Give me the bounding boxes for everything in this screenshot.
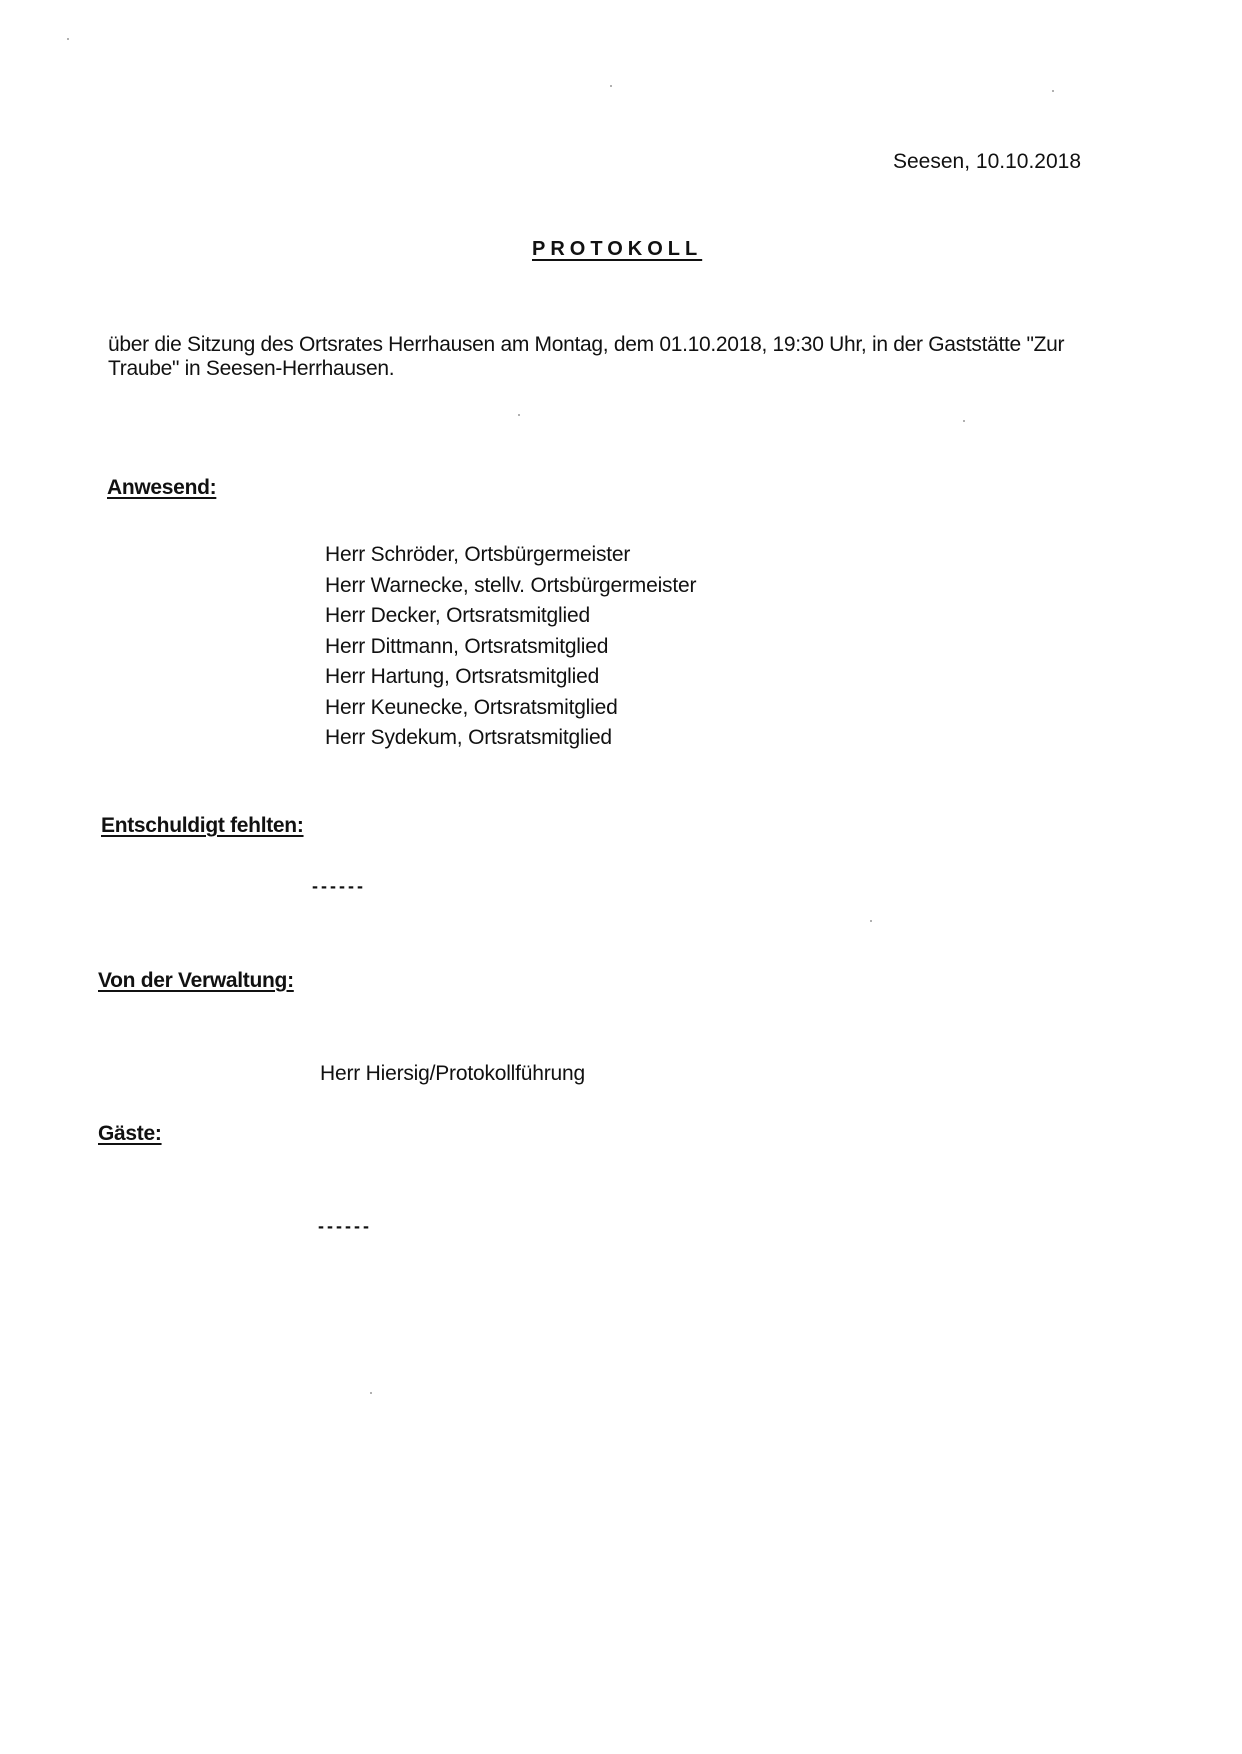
place-date: Seesen, 10.10.2018: [893, 150, 1081, 174]
attendee-item: Herr Schröder, Ortsbürgermeister: [325, 540, 696, 571]
scan-speck: [610, 85, 612, 87]
attendee-item: Herr Hartung, Ortsratsmitglied: [325, 662, 696, 693]
attendee-item: Herr Warnecke, stellv. Ortsbürgermeister: [325, 571, 696, 602]
attendee-list: Herr Schröder, Ortsbürgermeister Herr Wa…: [325, 540, 696, 754]
attendee-item: Herr Sydekum, Ortsratsmitglied: [325, 723, 696, 754]
guests-none-placeholder: ------: [318, 1216, 372, 1237]
heading-guests: Gäste:: [98, 1122, 162, 1146]
scan-speck: [370, 1392, 372, 1394]
heading-excused: Entschuldigt fehlten:: [101, 814, 304, 838]
scan-speck: [963, 420, 965, 422]
scan-speck: [1052, 90, 1054, 92]
administration-entry: Herr Hiersig/Protokollführung: [320, 1062, 585, 1086]
scan-speck: [870, 920, 872, 922]
scan-speck: [518, 414, 520, 416]
attendee-item: Herr Keunecke, Ortsratsmitglied: [325, 693, 696, 724]
document-title: PROTOKOLL: [532, 238, 702, 261]
intro-paragraph: über die Sitzung des Ortsrates Herrhause…: [108, 333, 1128, 381]
attendee-item: Herr Dittmann, Ortsratsmitglied: [325, 632, 696, 663]
scan-speck: [67, 38, 69, 40]
heading-administration: Von der Verwaltung:: [98, 969, 294, 993]
excused-none-placeholder: ------: [312, 876, 366, 897]
heading-present: Anwesend:: [107, 476, 216, 500]
attendee-item: Herr Decker, Ortsratsmitglied: [325, 601, 696, 632]
